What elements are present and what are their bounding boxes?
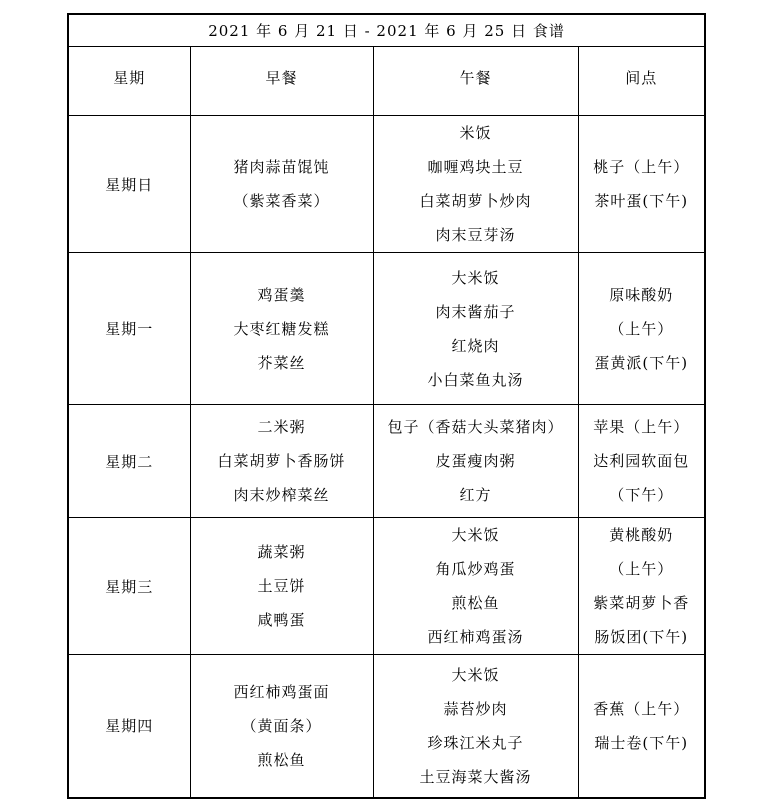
menu-item: （下午） [579, 478, 705, 512]
snack-cell: 黄桃酸奶（上午）紫菜胡萝卜香肠饭团(下午) [578, 518, 705, 655]
menu-item: 达利园软面包 [579, 444, 705, 478]
menu-table: 2021 年 6 月 21 日 - 2021 年 6 月 25 日 食谱 星期早… [67, 13, 706, 799]
title-row: 2021 年 6 月 21 日 - 2021 年 6 月 25 日 食谱 [68, 14, 705, 47]
menu-item: 蔬菜粥 [191, 535, 373, 569]
col-header-lunch: 午餐 [373, 47, 578, 116]
menu-item: 土豆海菜大酱汤 [374, 760, 578, 794]
col-header-breakfast: 早餐 [190, 47, 373, 116]
menu-item: 红烧肉 [374, 329, 578, 363]
menu-item: 皮蛋瘦肉粥 [374, 444, 578, 478]
day-row-3: 星期三蔬菜粥土豆饼咸鸭蛋大米饭角瓜炒鸡蛋煎松鱼西红柿鸡蛋汤黄桃酸奶（上午）紫菜胡… [68, 518, 705, 655]
lunch-cell: 米饭咖喱鸡块土豆白菜胡萝卜炒肉肉末豆芽汤 [373, 116, 578, 253]
menu-item: 煎松鱼 [191, 743, 373, 777]
snack-cell: 香蕉（上午）瑞士卷(下午) [578, 655, 705, 798]
breakfast-cell: 猪肉蒜苗馄饨（紫菜香菜） [190, 116, 373, 253]
snack-cell: 苹果（上午）达利园软面包（下午） [578, 405, 705, 518]
menu-item: 白菜胡萝卜炒肉 [374, 184, 578, 218]
menu-item: 紫菜胡萝卜香 [579, 586, 705, 620]
lunch-cell: 大米饭角瓜炒鸡蛋煎松鱼西红柿鸡蛋汤 [373, 518, 578, 655]
snack-cell: 原味酸奶（上午）蛋黄派(下午) [578, 253, 705, 405]
menu-item: 咸鸭蛋 [191, 603, 373, 637]
col-header-snack: 间点 [578, 47, 705, 116]
menu-item: 肉末酱茄子 [374, 295, 578, 329]
menu-item: 芥菜丝 [191, 346, 373, 380]
day-row-2: 星期二二米粥白菜胡萝卜香肠饼肉末炒榨菜丝包子（香菇大头菜猪肉）皮蛋瘦肉粥红方苹果… [68, 405, 705, 518]
menu-item: 大米饭 [374, 518, 578, 552]
menu-item: （上午） [579, 312, 705, 346]
menu-item: 二米粥 [191, 410, 373, 444]
menu-item: 煎松鱼 [374, 586, 578, 620]
menu-item: 小白菜鱼丸汤 [374, 363, 578, 397]
menu-item: （上午） [579, 552, 705, 586]
menu-item: 白菜胡萝卜香肠饼 [191, 444, 373, 478]
menu-item: 米饭 [374, 116, 578, 150]
menu-item: 包子（香菇大头菜猪肉） [374, 410, 578, 444]
menu-item: 肉末豆芽汤 [374, 218, 578, 252]
menu-item: 西红柿鸡蛋面 [191, 675, 373, 709]
header-row: 星期早餐午餐间点 [68, 47, 705, 116]
menu-item: 瑞士卷(下午) [579, 726, 705, 760]
menu-item: 桃子（上午） [579, 150, 705, 184]
menu-item: 香蕉（上午） [579, 692, 705, 726]
menu-item: 原味酸奶 [579, 278, 705, 312]
menu-item: 大米饭 [374, 658, 578, 692]
breakfast-cell: 鸡蛋羹大枣红糖发糕芥菜丝 [190, 253, 373, 405]
menu-item: 黄桃酸奶 [579, 518, 705, 552]
menu-item: 珍珠江米丸子 [374, 726, 578, 760]
menu-item: 红方 [374, 478, 578, 512]
breakfast-cell: 西红柿鸡蛋面（黄面条）煎松鱼 [190, 655, 373, 798]
menu-item: 茶叶蛋(下午) [579, 184, 705, 218]
menu-item: 咖喱鸡块土豆 [374, 150, 578, 184]
menu-item: 肉末炒榨菜丝 [191, 478, 373, 512]
day-cell: 星期二 [68, 405, 190, 518]
day-cell: 星期日 [68, 116, 190, 253]
day-cell: 星期一 [68, 253, 190, 405]
table-title: 2021 年 6 月 21 日 - 2021 年 6 月 25 日 食谱 [68, 14, 705, 47]
menu-item: 大枣红糖发糕 [191, 312, 373, 346]
menu-item: 蛋黄派(下午) [579, 346, 705, 380]
day-row-1: 星期一鸡蛋羹大枣红糖发糕芥菜丝大米饭肉末酱茄子红烧肉小白菜鱼丸汤原味酸奶（上午）… [68, 253, 705, 405]
menu-item: 土豆饼 [191, 569, 373, 603]
menu-item: 西红柿鸡蛋汤 [374, 620, 578, 654]
day-row-4: 星期四西红柿鸡蛋面（黄面条）煎松鱼大米饭蒜苔炒肉珍珠江米丸子土豆海菜大酱汤香蕉（… [68, 655, 705, 798]
menu-item: 鸡蛋羹 [191, 278, 373, 312]
day-cell: 星期三 [68, 518, 190, 655]
menu-item: 猪肉蒜苗馄饨 [191, 150, 373, 184]
menu-item: 肠饭团(下午) [579, 620, 705, 654]
day-row-0: 星期日猪肉蒜苗馄饨（紫菜香菜）米饭咖喱鸡块土豆白菜胡萝卜炒肉肉末豆芽汤桃子（上午… [68, 116, 705, 253]
day-cell: 星期四 [68, 655, 190, 798]
document-page: 2021 年 6 月 21 日 - 2021 年 6 月 25 日 食谱 星期早… [0, 0, 771, 796]
col-header-week: 星期 [68, 47, 190, 116]
breakfast-cell: 蔬菜粥土豆饼咸鸭蛋 [190, 518, 373, 655]
lunch-cell: 大米饭蒜苔炒肉珍珠江米丸子土豆海菜大酱汤 [373, 655, 578, 798]
lunch-cell: 大米饭肉末酱茄子红烧肉小白菜鱼丸汤 [373, 253, 578, 405]
lunch-cell: 包子（香菇大头菜猪肉）皮蛋瘦肉粥红方 [373, 405, 578, 518]
breakfast-cell: 二米粥白菜胡萝卜香肠饼肉末炒榨菜丝 [190, 405, 373, 518]
menu-item: （紫菜香菜） [191, 184, 373, 218]
snack-cell: 桃子（上午）茶叶蛋(下午) [578, 116, 705, 253]
menu-item: 蒜苔炒肉 [374, 692, 578, 726]
menu-item: 大米饭 [374, 261, 578, 295]
menu-item: 苹果（上午） [579, 410, 705, 444]
menu-item: 角瓜炒鸡蛋 [374, 552, 578, 586]
menu-item: （黄面条） [191, 709, 373, 743]
